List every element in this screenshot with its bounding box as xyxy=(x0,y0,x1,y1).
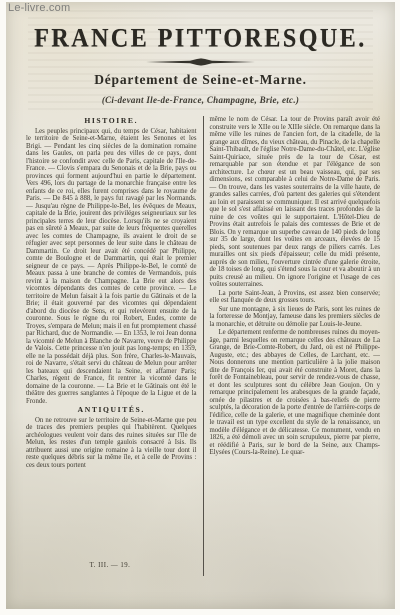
antiquites-heading: ANTIQUITÉS. xyxy=(26,406,197,414)
former-provinces-subtitle: (Ci-devant Ile-de-France, Champagne, Bri… xyxy=(6,95,395,105)
histoire-heading: HISTOIRE. xyxy=(26,117,197,125)
column-left: HISTOIRE. Les peuples principaux qui, du… xyxy=(26,116,203,576)
signature-mark: T. III. — 19. xyxy=(50,562,170,569)
bookseller-watermark: Le-livre.com xyxy=(8,2,70,14)
histoire-text: Les peuples principaux qui, du temps de … xyxy=(26,128,197,406)
swelled-rule-ornament xyxy=(146,58,256,66)
text-columns: HISTOIRE. Les peuples principaux qui, du… xyxy=(26,116,380,576)
column-right: même le nom de César. La tour de Provins… xyxy=(203,116,381,576)
scanned-book-page: Le-livre.com FRANCE PITTORESQUE. Départe… xyxy=(6,2,395,609)
body-paragraph: même le nom de César. La tour de Provins… xyxy=(210,116,381,289)
masthead: FRANCE PITTORESQUE. Département de Seine… xyxy=(6,26,395,105)
antiquites-text: On ne retrouve sur le territoire de Sein… xyxy=(26,417,197,470)
page-title: FRANCE PITTORESQUE. xyxy=(6,25,395,54)
body-paragraph: Le département renferme de nombreuses ru… xyxy=(210,329,381,457)
department-heading: Département de Seine-et-Marne. xyxy=(6,72,395,88)
body-paragraph: Sur une montagne, à six lieues de Paris,… xyxy=(210,306,381,329)
body-paragraph: La porte Saint-Jean, à Provins, est asse… xyxy=(210,290,381,305)
